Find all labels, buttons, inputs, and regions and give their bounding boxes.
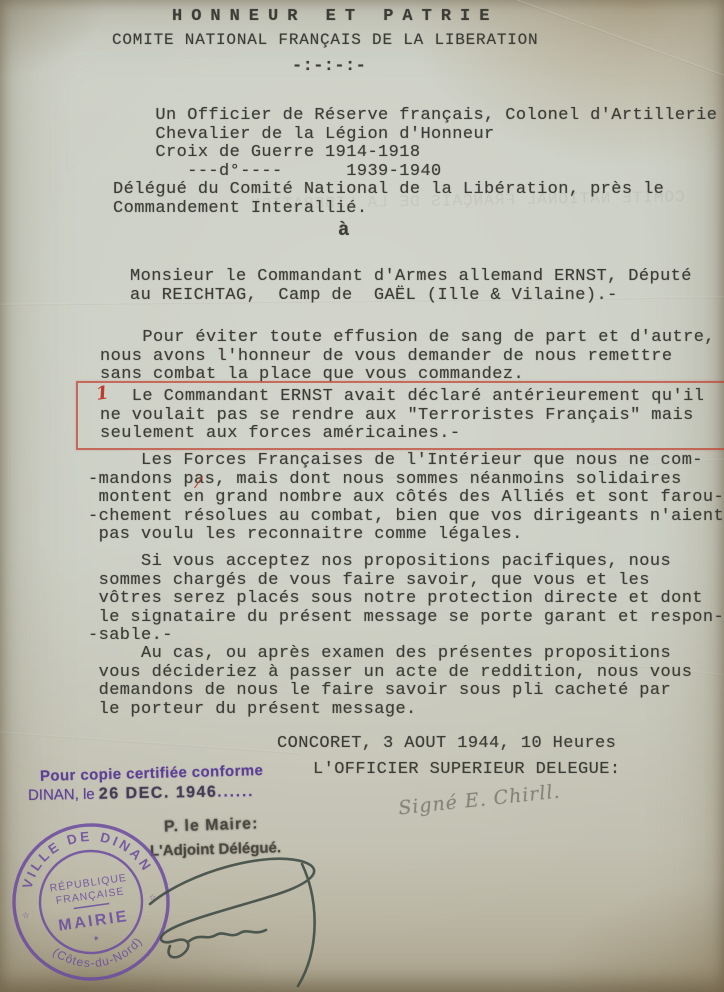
paper-crease bbox=[515, 0, 724, 79]
signature-flourish bbox=[128, 842, 338, 990]
officer-title: L'OFFICIER SUPERIEUR DELEGUE: bbox=[313, 761, 620, 780]
paragraph-5: Au cas, ou après examen des présentes pr… bbox=[88, 645, 692, 719]
boxed-paragraph: Le Commandant ERNST avait déclaré antéri… bbox=[100, 388, 704, 444]
dateline: CONCORET, 3 AOUT 1944, 10 Heures bbox=[277, 735, 616, 754]
stamp-divider bbox=[74, 903, 110, 908]
sender-block: Un Officier de Réserve français, Colonel… bbox=[113, 107, 717, 219]
signature-stroke bbox=[150, 859, 315, 986]
paper-crease bbox=[0, 732, 299, 755]
pencil-signature-text: Signé E. Chirll. bbox=[397, 781, 561, 820]
document-page: HONNEUR ET PATRIE COMITE NATIONAL FRANÇA… bbox=[0, 0, 724, 992]
paragraph-1: Pour éviter toute effusion de sang de pa… bbox=[100, 329, 715, 385]
letterhead-subtitle: COMITE NATIONAL FRANÇAIS DE LA LIBERATIO… bbox=[112, 31, 538, 50]
salutation: à bbox=[338, 221, 350, 240]
letterhead-title: HONNEUR ET PATRIE bbox=[172, 8, 498, 27]
date-stamp: 26 DEC. 1946 bbox=[99, 784, 218, 803]
paragraph-3: Les Forces Françaises de l'Intérieur que… bbox=[88, 452, 724, 545]
stamp-star-left-icon: ☆ bbox=[21, 908, 30, 923]
certify-prefix: DINAN, le bbox=[28, 786, 99, 804]
letterhead-separator: -:-:-:- bbox=[292, 58, 366, 77]
stamp-mairie-text: MAIRIE bbox=[57, 908, 130, 935]
certify-stamp-line2: DINAN, le 26 DEC. 1946...... bbox=[28, 783, 255, 805]
stamp-star-bottom-icon: ★ bbox=[92, 933, 100, 945]
certify-stamp-line1: Pour copie certifiée conforme bbox=[40, 762, 264, 785]
recipient-block: Monsieur le Commandant d'Armes allemand … bbox=[130, 268, 692, 305]
mayor-stamp-line1: P. le Maire: bbox=[164, 815, 259, 836]
certify-dots: ...... bbox=[217, 783, 254, 801]
paragraph-4: Si vous acceptez nos propositions pacifi… bbox=[88, 553, 724, 646]
